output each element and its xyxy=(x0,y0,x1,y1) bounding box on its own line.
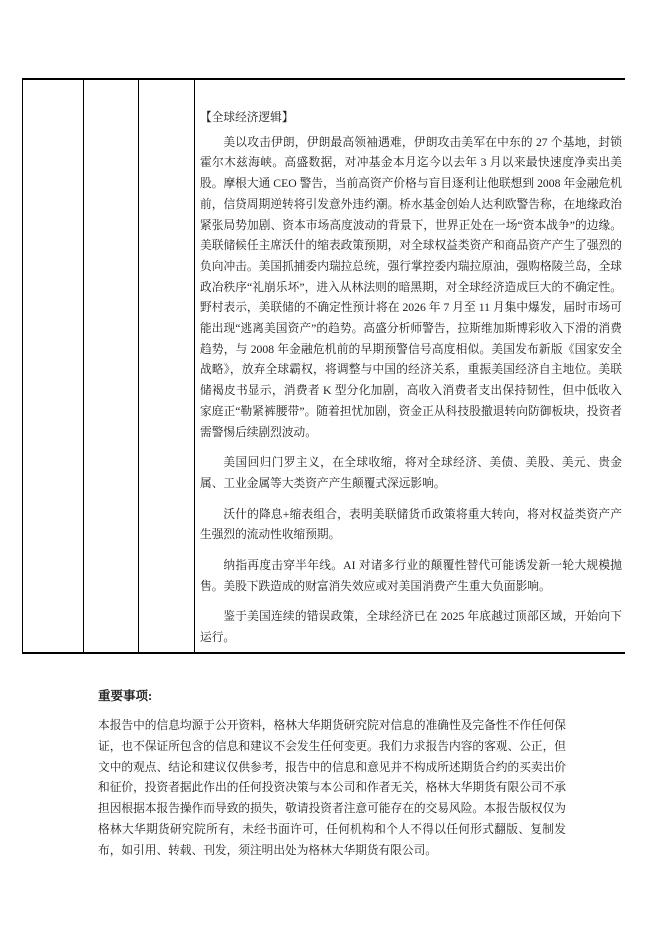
table-empty-cell-1 xyxy=(23,80,84,652)
table-empty-cell-2 xyxy=(84,80,139,652)
report-page: 【全球经济逻辑】 美以攻击伊朗，伊朗最高领袖遇难，伊朗攻击美军在中东的 27 个… xyxy=(0,0,662,936)
paragraph-monroe-doctrine: 美国回归门罗主义，在全球收缩，将对全球经济、美债、美股、美元、贵金属、工业金属等… xyxy=(200,453,622,494)
table-content-cell: 【全球经济逻辑】 美以攻击伊朗，伊朗最高领袖遇难，伊朗攻击美军在中东的 27 个… xyxy=(195,80,625,652)
report-content-table: 【全球经济逻辑】 美以攻击伊朗，伊朗最高领袖遇难，伊朗攻击美军在中东的 27 个… xyxy=(22,78,625,654)
paragraph-nasdaq-ai-selloff: 纳指再度击穿半年线。AI 对诸多行业的颠覆性替代可能诱发新一轮大规模抛售。美股下… xyxy=(200,556,622,597)
table-empty-cell-3 xyxy=(139,80,195,652)
disclaimer-text: 本报告中的信息均源于公开资料，格林大华期货研究院对信息的准确性及完备性不作任何保… xyxy=(98,716,566,862)
section-title-global-economic-logic: 【全球经济逻辑】 xyxy=(200,108,622,129)
important-notice-heading: 重要事项: xyxy=(98,688,566,705)
important-notice-section: 重要事项: 本报告中的信息均源于公开资料，格林大华期货研究院对信息的准确性及完备… xyxy=(98,688,566,862)
paragraph-global-economy-peak: 鉴于美国连续的错误政策，全球经济已在 2025 年底越过顶部区域，开始向下运行。 xyxy=(200,607,622,648)
paragraph-fed-policy-shift: 沃什的降息+缩表组合，表明美联储货币政策将重大转向，将对权益类资产产生强烈的流动… xyxy=(200,505,622,546)
paragraph-global-overview: 美以攻击伊朗，伊朗最高领袖遇难，伊朗攻击美军在中东的 27 个基地，封锁霍尔木兹… xyxy=(200,133,622,444)
